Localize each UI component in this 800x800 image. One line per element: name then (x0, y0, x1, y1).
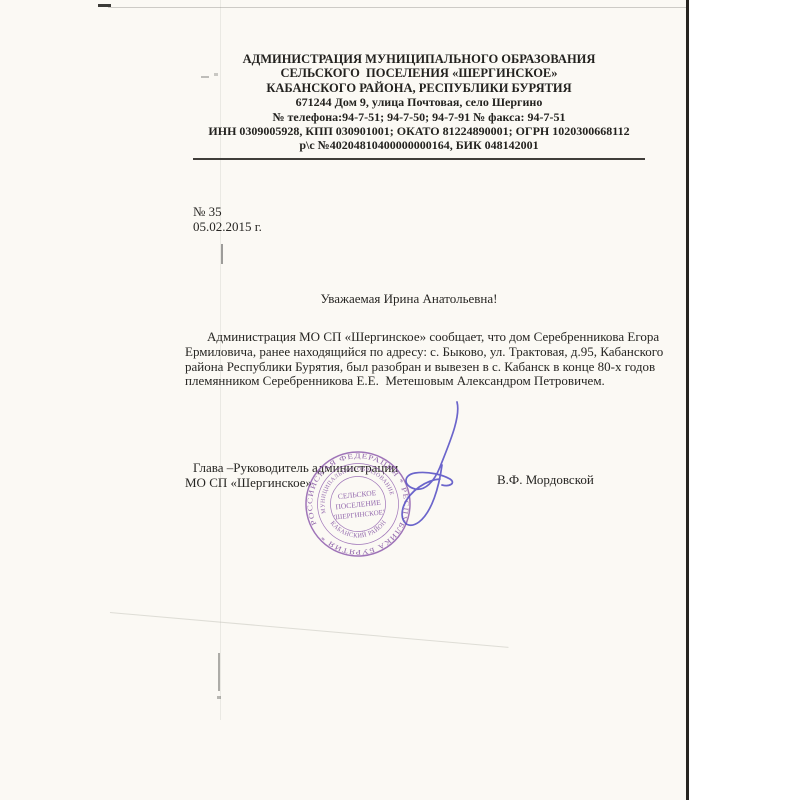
letterhead-org-line-2: СЕЛЬСКОГО ПОСЕЛЕНИЯ «ШЕРГИНСКОЕ» (189, 66, 649, 80)
salutation: Уважаемая Ирина Анатольевна! (189, 291, 629, 307)
fold-mark-upper (221, 244, 223, 264)
body-line: Ермиловича, ранее находящийся по адресу:… (185, 345, 663, 360)
reference-block: № 35 05.02.2015 г. (193, 205, 262, 234)
letter-body: Администрация МО СП «Шергинское» сообщае… (185, 330, 663, 389)
letterhead-address: 671244 Дом 9, улица Почтовая, село Шерги… (189, 95, 649, 109)
signatory-name: В.Ф. Мордовской (497, 472, 594, 488)
letterhead-org-line-3: КАБАНСКОГО РАЙОНА, РЕСПУБЛИКИ БУРЯТИЯ (189, 81, 649, 95)
scanned-letter: АДМИНИСТРАЦИЯ МУНИЦИПАЛЬНОГО ОБРАЗОВАНИЯ… (0, 0, 800, 800)
scan-top-line (108, 7, 686, 8)
scan-artifact-dash (98, 4, 111, 7)
body-line: Администрация МО СП «Шергинское» сообщае… (185, 330, 663, 345)
scan-edge-line (686, 0, 689, 800)
letter-date: 05.02.2015 г. (193, 220, 262, 235)
letter-number: № 35 (193, 205, 262, 220)
letterhead-phones: № телефона:94-7-51; 94-7-50; 94-7-91 № ф… (189, 110, 649, 124)
letterhead-bank-account: р\с №40204810400000000164, БИК 048142001 (189, 138, 649, 152)
letterhead-org-line-1: АДМИНИСТРАЦИЯ МУНИЦИПАЛЬНОГО ОБРАЗОВАНИЯ (189, 52, 649, 66)
fold-mark-lower (218, 653, 220, 691)
body-line: племянником Серебренникова Е.Е. Метешовы… (185, 374, 663, 389)
letterhead-registration-ids: ИНН 0309005928, КПП 030901001; ОКАТО 812… (189, 124, 649, 138)
body-line: района Республики Бурятия, был разобран … (185, 360, 663, 375)
letterhead: АДМИНИСТРАЦИЯ МУНИЦИПАЛЬНОГО ОБРАЗОВАНИЯ… (189, 52, 649, 153)
fold-mark-dot (217, 696, 221, 699)
signature-stroke (402, 402, 458, 525)
letterhead-divider-rule (193, 158, 645, 160)
handwritten-signature (388, 388, 480, 538)
